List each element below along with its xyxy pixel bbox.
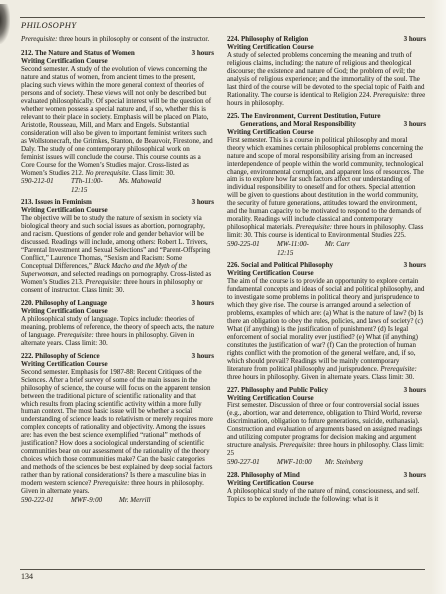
course-222: 222. Philosophy of Science 3 hours Writi… [21,353,214,505]
course-227: 227. Philosophy and Public Policy 3 hour… [227,387,426,467]
bottom-rule [20,569,425,570]
course-hours: 3 hours [192,50,214,58]
instructor-name: Mr. Steinberg [325,458,363,466]
scan-artifact [0,4,10,44]
course-hours: 3 hours [404,262,426,270]
prerequisite-note: Prerequisite: three hours in philosophy … [21,36,214,44]
course-description: A philosophical study of the nature of m… [227,488,426,504]
course-hours: 3 hours [404,472,426,480]
course-description: A philosophical study of language. Topic… [21,316,214,348]
content-columns: Prerequisite: three hours in philosophy … [21,36,426,505]
instructor-name: Mr. Merrill [119,496,151,504]
section-code: 590-227-01 [227,458,277,466]
course-220: 220. Philosophy of Language 3 hours Writ… [21,300,214,348]
course-description: Second semester. A study of the evolutio… [21,66,214,178]
section-code: 590-222-01 [21,496,71,504]
course-description: First semester. This is a course in poli… [227,137,426,241]
section-code: 590-212-01 [21,177,71,194]
course-description: A study of selected problems concerning … [227,52,426,108]
left-column: Prerequisite: three hours in philosophy … [21,36,214,505]
meeting-time: MWF-9:00 [71,496,119,504]
course-hours: 3 hours [404,36,426,44]
course-228: 228. Philosophy of Mind 3 hours Writing … [227,472,426,504]
section-code: 590-225-01 [227,240,277,257]
course-schedule: 590-225-01 MW-11:00-12:15 Mr. Carr [227,240,426,257]
course-description: The aim of the course is to provide an o… [227,278,426,382]
page-number: 134 [21,572,33,581]
instructor-name: Mr. Carr [325,240,350,257]
right-column: 224. Philosophy of Religion 3 hours Writ… [227,36,426,505]
course-description: First semester. Discussion of three or f… [227,402,426,458]
course-224: 224. Philosophy of Religion 3 hours Writ… [227,36,426,108]
course-hours: 3 hours [192,300,214,308]
course-description: The objective will be to study the natur… [21,215,214,295]
scan-edge [431,0,446,594]
page-title: PHILOSOPHY [21,20,76,30]
catalog-page: PHILOSOPHY Prerequisite: three hours in … [0,0,446,594]
course-226: 226. Social and Political Philosophy 3 h… [227,262,426,382]
meeting-time: TTh-11:00-12:15 [71,177,119,194]
top-rule [20,17,425,18]
course-schedule: 590-227-01 MWF-10:00 Mr. Steinberg [227,458,426,466]
meeting-time: MW-11:00-12:15 [277,240,325,257]
course-213: 213. Issues in Feminism 3 hours Writing … [21,199,214,295]
course-hours: 3 hours [192,353,214,361]
course-hours: 3 hours [404,121,426,129]
course-schedule: 590-212-01 TTh-11:00-12:15 Ms. Mahowald [21,177,214,194]
instructor-name: Ms. Mahowald [119,177,161,194]
course-hours: 3 hours [192,199,214,207]
course-225: 225. The Environment, Current Destitutio… [227,113,426,257]
course-description: Second semester. Emphasis for 1987-88: R… [21,369,214,497]
course-212: 212. The Nature and Status of Women 3 ho… [21,50,214,194]
meeting-time: MWF-10:00 [277,458,325,466]
course-hours: 3 hours [404,387,426,395]
course-schedule: 590-222-01 MWF-9:00 Mr. Merrill [21,496,214,504]
